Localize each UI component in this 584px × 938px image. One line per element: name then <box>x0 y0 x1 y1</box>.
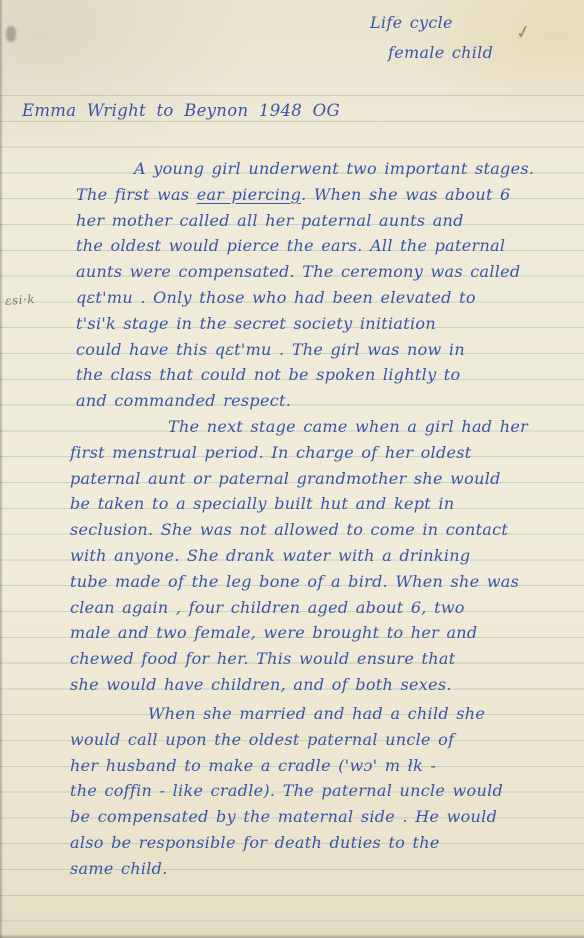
paragraph-ear-piercing: A young girl underwent two important sta… <box>76 156 566 414</box>
top-right-annotation: Life cycle female child <box>370 8 493 68</box>
handwritten-line: the oldest would pierce the ears. All th… <box>76 233 566 259</box>
handwritten-line: the coffin - like cradle). The paternal … <box>70 778 566 804</box>
handwritten-line: first menstrual period. In charge of her… <box>70 440 566 466</box>
manuscript-page: Life cycle female child ✓ Emma Wright to… <box>0 0 584 938</box>
handwritten-line: her husband to make a cradle ('wɔ' m łk … <box>70 753 566 779</box>
handwritten-line: with anyone. She drank water with a drin… <box>70 543 566 569</box>
handwritten-line: seclusion. She was not allowed to come i… <box>70 517 566 543</box>
handwritten-line: aunts were compensated. The ceremony was… <box>76 259 566 285</box>
handwritten-line: her mother called all her paternal aunts… <box>76 208 566 234</box>
handwritten-line: When she married and had a child she <box>70 701 566 727</box>
attribution-line: Emma Wright to Beynon 1948 OG <box>22 101 340 120</box>
handwritten-line: The next stage came when a girl had her <box>70 414 566 440</box>
paragraph-first-menstrual-period: The next stage came when a girl had herf… <box>70 414 566 698</box>
handwritten-line: t'si'k stage in the secret society initi… <box>76 311 566 337</box>
scan-edge-left <box>0 0 3 938</box>
handwritten-line: The first was ear piercing. When she was… <box>76 182 566 208</box>
handwritten-line: paternal aunt or paternal grandmother sh… <box>70 466 566 492</box>
handwritten-line: male and two female, were brought to her… <box>70 620 566 646</box>
paragraph-marriage-cradle: When she married and had a child shewoul… <box>70 701 566 882</box>
pencil-margin-note: ɛsi·k <box>5 292 36 308</box>
handwritten-line: qɛt'mu . Only those who had been elevate… <box>76 285 566 311</box>
handwritten-line: be taken to a specially built hut and ke… <box>70 491 566 517</box>
handwritten-line: the class that could not be spoken light… <box>76 362 566 388</box>
annotation-life-cycle: Life cycle <box>370 8 493 38</box>
scan-edge-bottom <box>0 934 584 938</box>
handwritten-line: clean again , four children aged about 6… <box>70 595 566 621</box>
handwritten-line: could have this qɛt'mu . The girl was no… <box>76 337 566 363</box>
handwritten-line: tube made of the leg bone of a bird. Whe… <box>70 569 566 595</box>
handwritten-line: same child. <box>70 856 566 882</box>
handwritten-line: would call upon the oldest paternal uncl… <box>70 727 566 753</box>
underlined-phrase: ear piercing <box>197 185 301 204</box>
handwritten-line: A young girl underwent two important sta… <box>76 156 566 182</box>
scan-smudge <box>6 26 16 42</box>
handwritten-line: and commanded respect. <box>76 388 566 414</box>
annotation-female-child: female child <box>388 38 493 68</box>
handwritten-line: be compensated by the maternal side . He… <box>70 804 566 830</box>
handwritten-line: chewed food for her. This would ensure t… <box>70 646 566 672</box>
handwritten-line: she would have children, and of both sex… <box>70 672 566 698</box>
handwritten-line: also be responsible for death duties to … <box>70 830 566 856</box>
pencil-checkmark-icon: ✓ <box>514 21 533 45</box>
